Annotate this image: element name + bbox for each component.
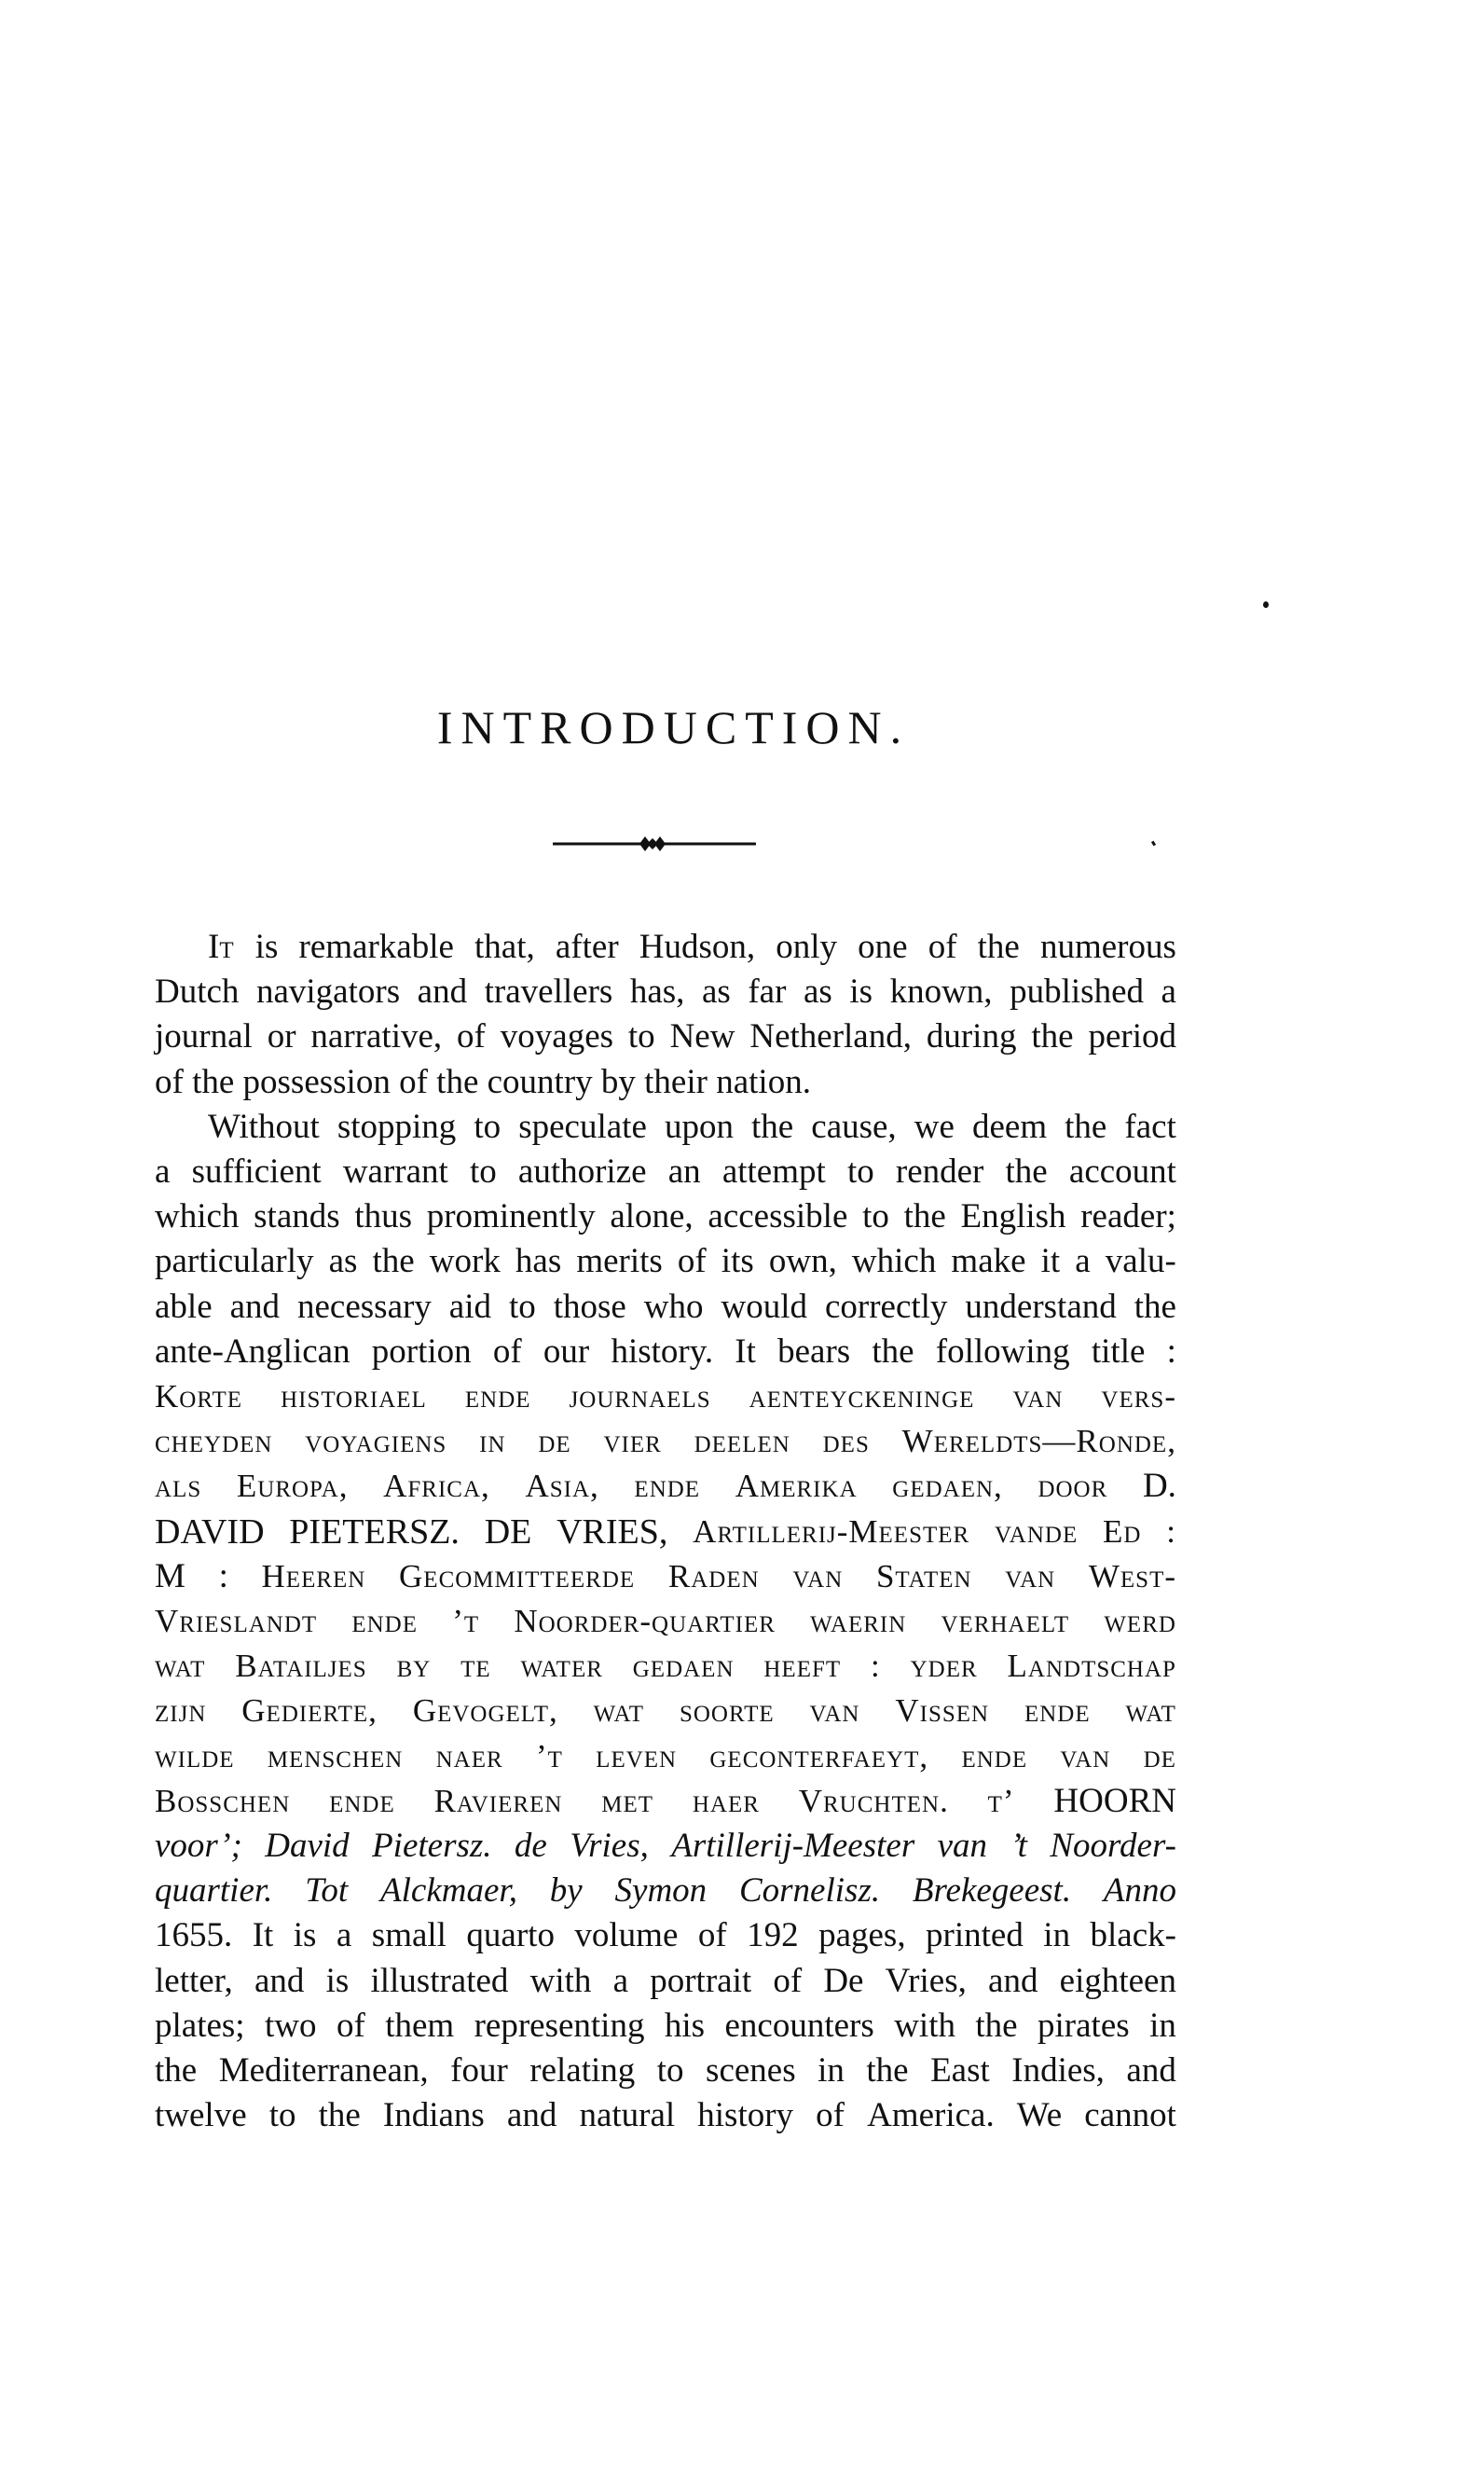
word: : xyxy=(871,1644,881,1689)
word: Vries, xyxy=(886,1959,967,2004)
word: illustrated xyxy=(370,1959,508,2004)
word: wat xyxy=(155,1644,205,1689)
word: te xyxy=(460,1644,491,1689)
word: : xyxy=(1167,1330,1176,1374)
word: de xyxy=(1144,1734,1176,1779)
word: journal xyxy=(155,1014,253,1059)
word: door xyxy=(1037,1464,1107,1509)
word: published xyxy=(1010,970,1144,1014)
word: as xyxy=(702,970,731,1014)
word: America. xyxy=(867,2093,995,2138)
word: stands xyxy=(254,1194,340,1239)
word: by xyxy=(601,1063,636,1101)
word: voyages xyxy=(501,1014,613,1059)
word: geconterfaeyt, xyxy=(709,1734,928,1779)
word: with xyxy=(894,2004,955,2049)
word: is xyxy=(294,1913,317,1958)
word: the xyxy=(155,2049,197,2093)
text-line: of the possession of the country by thei… xyxy=(155,1060,1176,1105)
text-line: Itisremarkablethat,afterHudson,onlyoneof… xyxy=(208,925,1176,970)
word: scenes xyxy=(706,2049,796,2093)
word: small xyxy=(372,1913,447,1958)
word: in xyxy=(1043,1913,1070,1958)
word: Artillerij-Meester xyxy=(693,1510,969,1555)
word: plates; xyxy=(155,2004,245,2049)
word: ende xyxy=(465,1374,531,1419)
word: de xyxy=(538,1419,570,1464)
text-line: BosschenendeRavierenmethaerVruchten.t’HO… xyxy=(155,1779,1176,1824)
word: only xyxy=(776,925,837,970)
word: aenteyckeninge xyxy=(749,1374,975,1419)
word: is xyxy=(255,925,279,970)
text-line: whichstandsthusprominentlyalone,accessib… xyxy=(155,1194,1176,1239)
word: cannot xyxy=(1084,2093,1176,2138)
word: : xyxy=(1166,1510,1176,1555)
word: Africa, xyxy=(383,1464,490,1509)
word: van xyxy=(938,1824,987,1869)
word: make xyxy=(951,1239,1025,1284)
word: Landtschap xyxy=(1008,1644,1176,1689)
word: van xyxy=(1005,1554,1055,1599)
word: Batailjes xyxy=(235,1644,366,1689)
word: English xyxy=(960,1194,1065,1239)
text-line: zijnGedierte,Gevogelt,watsoortevanVissen… xyxy=(155,1689,1176,1733)
word: Vruchten. xyxy=(799,1779,949,1824)
word: VRIES, xyxy=(556,1510,667,1555)
word: of xyxy=(457,1014,486,1059)
word: Noorder-quartier xyxy=(514,1599,776,1644)
word: a xyxy=(1161,970,1176,1014)
word: the xyxy=(975,2004,1017,2049)
word: 1655. xyxy=(155,1913,232,1958)
text-line: wildemenschennaer’tlevengeconterfaeyt,en… xyxy=(155,1734,1176,1779)
text-line: 1655.Itisasmallquartovolumeof192pages,pr… xyxy=(155,1913,1176,1958)
word: bears xyxy=(777,1330,850,1374)
word: and xyxy=(230,1285,280,1330)
word: nation. xyxy=(716,1063,811,1101)
text-line: asufficientwarranttoauthorizeanattemptto… xyxy=(155,1150,1176,1194)
word: history. xyxy=(611,1330,713,1374)
word: of xyxy=(773,1959,802,2004)
word: of xyxy=(698,1913,727,1958)
word: who xyxy=(644,1285,704,1330)
word: voor’; xyxy=(155,1824,242,1869)
word: historiael xyxy=(281,1374,427,1419)
word: valu- xyxy=(1106,1239,1176,1284)
word: encounters xyxy=(725,2004,874,2049)
word: would xyxy=(721,1285,807,1330)
word: or xyxy=(268,1014,296,1059)
text-line: letter,andisillustratedwithaportraitofDe… xyxy=(155,1959,1176,2004)
word: deem xyxy=(972,1105,1047,1150)
word: the xyxy=(872,1330,914,1374)
word: printed xyxy=(926,1913,1024,1958)
word: t’ xyxy=(988,1779,1015,1824)
word: soorte xyxy=(680,1689,775,1733)
word: the xyxy=(978,925,1020,970)
word: and xyxy=(988,1959,1037,2004)
word: the xyxy=(1031,1014,1073,1059)
word: which xyxy=(155,1194,239,1239)
word: the xyxy=(904,1194,946,1239)
word: them xyxy=(385,2004,454,2049)
word: in xyxy=(479,1419,505,1464)
word: Ed xyxy=(1103,1510,1141,1555)
word: Without xyxy=(208,1105,320,1150)
word: Bosschen xyxy=(155,1779,290,1824)
word: gedaen, xyxy=(892,1464,1003,1509)
word: Dutch xyxy=(155,970,239,1014)
word: it xyxy=(1041,1239,1061,1284)
word: van xyxy=(792,1554,843,1599)
word: merits xyxy=(576,1239,662,1284)
word: has, xyxy=(630,970,685,1014)
word: own, xyxy=(769,1239,837,1284)
text-line: watBatailjesbytewatergedaenheeft:yderLan… xyxy=(155,1644,1176,1689)
word: to xyxy=(862,1194,889,1239)
word: the xyxy=(866,2049,908,2093)
word: quarto xyxy=(466,1913,555,1958)
word: their xyxy=(644,1063,708,1101)
word: van xyxy=(810,1689,860,1733)
text-line: cheydenvoyagiensindevierdeelendesWereldt… xyxy=(155,1419,1176,1464)
word: letter, xyxy=(155,1959,233,2004)
word: particularly xyxy=(155,1239,314,1284)
word: of xyxy=(816,2093,845,2138)
word: Korte xyxy=(155,1374,242,1419)
word: twelve xyxy=(155,2093,247,2138)
word: the xyxy=(192,1063,234,1101)
text-line: Kortehistoriaelendejournaelsaenteyckenin… xyxy=(155,1374,1176,1419)
word: travellers xyxy=(485,970,613,1014)
word: pages, xyxy=(818,1913,906,1958)
word: navigators xyxy=(256,970,400,1014)
word: the xyxy=(436,1063,478,1101)
word: des xyxy=(823,1419,870,1464)
word: to xyxy=(628,1014,655,1059)
word: narrative, xyxy=(310,1014,442,1059)
word: vande xyxy=(995,1510,1078,1555)
word: DAVID xyxy=(155,1510,265,1555)
word: a xyxy=(1075,1239,1090,1284)
word: numerous xyxy=(1040,925,1176,970)
word: pirates xyxy=(1037,2004,1130,2049)
word: East xyxy=(930,2049,990,2093)
word: to xyxy=(470,1150,497,1194)
word: necessary xyxy=(297,1285,432,1330)
text-line: ableandnecessaryaidtothosewhowouldcorrec… xyxy=(155,1285,1176,1330)
text-line: M:HeerenGecommitteerdeRadenvanStatenvanW… xyxy=(155,1554,1176,1599)
word: and xyxy=(507,2093,556,2138)
word: a xyxy=(613,1959,628,2004)
word: with xyxy=(530,1959,592,2004)
word: known, xyxy=(890,970,993,1014)
word: a xyxy=(337,1913,351,1958)
word: werd xyxy=(1104,1599,1176,1644)
word: zijn xyxy=(155,1689,206,1733)
word: Heeren xyxy=(262,1554,366,1599)
word: of xyxy=(678,1239,707,1284)
word: as xyxy=(329,1239,358,1284)
word: alone, xyxy=(610,1194,693,1239)
printing-speck xyxy=(1263,601,1269,608)
word: cause, xyxy=(811,1105,896,1150)
word: and xyxy=(254,1959,304,2004)
word: vier xyxy=(603,1419,661,1464)
word: ende xyxy=(961,1734,1027,1779)
word: work xyxy=(430,1239,501,1284)
page-title: INTRODUCTION. xyxy=(0,701,1347,753)
word: in xyxy=(818,2049,845,2093)
word: HOORN xyxy=(1053,1779,1176,1824)
word: De xyxy=(823,1959,863,2004)
word: van xyxy=(1012,1374,1063,1419)
word: sufficient xyxy=(192,1150,322,1194)
word: wat xyxy=(594,1689,644,1733)
word: two xyxy=(265,2004,317,2049)
word: deelen xyxy=(694,1419,790,1464)
word: the xyxy=(319,2093,361,2138)
word: attempt xyxy=(722,1150,826,1194)
word: Indies, xyxy=(1011,2049,1105,2093)
word: of xyxy=(928,925,957,970)
word: met xyxy=(601,1779,653,1824)
text-line: theMediterranean,fourrelatingtoscenesint… xyxy=(155,2049,1176,2093)
word: Vrieslandt xyxy=(155,1599,317,1644)
text-line: alsEuropa,Africa,Asia,endeAmerikagedaen,… xyxy=(155,1464,1176,1509)
word: Pietersz. xyxy=(372,1824,491,1869)
text-line: particularlyastheworkhasmeritsofitsown,w… xyxy=(155,1239,1176,1284)
text-line: Dutchnavigatorsandtravellershas,asfarasi… xyxy=(155,970,1176,1014)
word: ’t xyxy=(536,1734,563,1779)
word: account xyxy=(1069,1150,1176,1194)
word: portrait xyxy=(650,1959,751,2004)
word: stopping xyxy=(337,1105,456,1150)
word: water xyxy=(521,1644,603,1689)
word: David xyxy=(265,1824,349,1869)
word: naer xyxy=(436,1734,503,1779)
word: the xyxy=(1065,1105,1106,1150)
printing-speck xyxy=(1151,841,1156,847)
word: Gedierte, xyxy=(241,1689,378,1733)
text-line: voor’;DavidPietersz.deVries,Artillerij-M… xyxy=(155,1824,1176,1869)
word: as xyxy=(804,970,832,1014)
word: relating xyxy=(529,2049,635,2093)
word: Asia, xyxy=(525,1464,598,1509)
word: to xyxy=(509,1285,536,1330)
word: the xyxy=(751,1105,793,1150)
word: It xyxy=(735,1330,756,1374)
word: : xyxy=(219,1554,228,1599)
word: als xyxy=(155,1464,201,1509)
word: vers- xyxy=(1101,1374,1176,1419)
text-line: journalornarrative,ofvoyagestoNewNetherl… xyxy=(155,1014,1176,1059)
word: of xyxy=(399,1063,428,1101)
word: eighteen xyxy=(1060,1959,1176,2004)
word: gedaen xyxy=(633,1644,735,1689)
word: understand xyxy=(965,1285,1116,1330)
word: waerin xyxy=(810,1599,906,1644)
word: to xyxy=(847,1150,874,1194)
word: Cornelisz. xyxy=(739,1869,880,1913)
word: is xyxy=(326,1959,350,2004)
word: history xyxy=(697,2093,793,2138)
word: able xyxy=(155,1285,213,1330)
word: prominently xyxy=(427,1194,596,1239)
word: possession xyxy=(243,1063,391,1101)
word: by xyxy=(550,1869,583,1913)
word: ende xyxy=(329,1779,395,1824)
word: fact xyxy=(1124,1105,1175,1150)
word: after xyxy=(556,925,619,970)
word: wilde xyxy=(155,1734,235,1779)
word: Hudson, xyxy=(639,925,755,970)
word: of xyxy=(337,2004,365,2049)
word: M xyxy=(155,1554,185,1599)
word: one xyxy=(858,925,907,970)
word: and xyxy=(1126,2049,1175,2093)
word: DE xyxy=(485,1510,532,1555)
word: heeft xyxy=(763,1644,841,1689)
word: We xyxy=(1017,2093,1062,2138)
word: It xyxy=(208,925,235,970)
word: ende xyxy=(1024,1689,1091,1733)
word: quartier. xyxy=(155,1869,272,1913)
word: to xyxy=(474,1105,501,1150)
word: de xyxy=(515,1824,547,1869)
text-line: Withoutstoppingtospeculateuponthecause,w… xyxy=(208,1105,1176,1150)
word: PIETERSZ. xyxy=(289,1510,460,1555)
word: of xyxy=(155,1063,184,1101)
word: of xyxy=(493,1330,522,1374)
word: Netherland, xyxy=(749,1014,912,1059)
word: Brekegeest. xyxy=(913,1869,1071,1913)
word: black- xyxy=(1091,1913,1176,1958)
word: in xyxy=(1149,2004,1176,2049)
word: render xyxy=(896,1150,984,1194)
word: Europa, xyxy=(237,1464,349,1509)
word: Symon xyxy=(615,1869,708,1913)
word: Artillerij-Meester xyxy=(671,1824,914,1869)
text-line: twelvetotheIndiansandnaturalhistoryofAme… xyxy=(155,2093,1176,2138)
word: Anno xyxy=(1104,1869,1176,1913)
word: natural xyxy=(579,2093,675,2138)
word: New xyxy=(670,1014,735,1059)
word: D. xyxy=(1143,1464,1176,1509)
word: his xyxy=(665,2004,705,2049)
text-line: DAVIDPIETERSZ.DEVRIES,Artillerij-Meester… xyxy=(155,1510,1176,1554)
word: Wereldts—Ronde, xyxy=(902,1419,1176,1464)
word: has xyxy=(515,1239,561,1284)
word: period xyxy=(1088,1014,1176,1059)
word: ante-Anglican xyxy=(155,1330,350,1374)
word: verhaelt xyxy=(941,1599,1070,1644)
word: and xyxy=(418,970,467,1014)
word: the xyxy=(1134,1285,1176,1330)
ornamental-rule-icon xyxy=(553,835,756,852)
word: we xyxy=(914,1105,955,1150)
word: portion xyxy=(372,1330,472,1374)
word: cheyden xyxy=(155,1419,272,1464)
word: Gevogelt, xyxy=(413,1689,558,1733)
word: correctly xyxy=(825,1285,947,1330)
word: warrant xyxy=(343,1150,448,1194)
text-line: ante-Anglicanportionofourhistory.Itbears… xyxy=(155,1330,1176,1374)
word: ’t xyxy=(1010,1824,1027,1869)
word: volume xyxy=(574,1913,678,1958)
word: which xyxy=(852,1239,936,1284)
word: yder xyxy=(911,1644,978,1689)
word: the xyxy=(373,1239,415,1284)
word: remarkable xyxy=(299,925,454,970)
word: haer xyxy=(693,1779,760,1824)
word: its xyxy=(721,1239,754,1284)
text-line: Vrieslandtende’tNoorder-quartierwaerinve… xyxy=(155,1599,1176,1644)
word: aid xyxy=(449,1285,491,1330)
word: ende xyxy=(351,1599,418,1644)
word: title xyxy=(1092,1330,1146,1374)
word: wat xyxy=(1126,1689,1176,1733)
word: our xyxy=(543,1330,589,1374)
word: Amerika xyxy=(735,1464,858,1509)
word: speculate xyxy=(518,1105,647,1150)
word: ’t xyxy=(452,1599,479,1644)
word: four xyxy=(450,2049,508,2093)
word: ende xyxy=(634,1464,700,1509)
word: country xyxy=(488,1063,593,1101)
word: It xyxy=(253,1913,274,1958)
word: Vissen xyxy=(895,1689,989,1733)
word: thus xyxy=(354,1194,412,1239)
word: Gecommitteerde xyxy=(399,1554,635,1599)
word: those xyxy=(554,1285,626,1330)
word: upon xyxy=(665,1105,734,1150)
word: menschen xyxy=(268,1734,404,1779)
word: accessible xyxy=(708,1194,847,1239)
word: Vries, xyxy=(570,1824,649,1869)
word: representing xyxy=(474,2004,645,2049)
word: Noorder- xyxy=(1050,1824,1176,1869)
word: Ravieren xyxy=(434,1779,563,1824)
word: 192 xyxy=(747,1913,799,1958)
word: to xyxy=(269,2093,296,2138)
word: Raden xyxy=(668,1554,760,1599)
word: leven xyxy=(596,1734,677,1779)
word: that, xyxy=(474,925,535,970)
word: an xyxy=(668,1150,701,1194)
word: authorize xyxy=(518,1150,647,1194)
word: a xyxy=(155,1150,170,1194)
word: reader; xyxy=(1080,1194,1176,1239)
word: van xyxy=(1060,1734,1110,1779)
word: Alckmaer, xyxy=(380,1869,517,1913)
word: by xyxy=(397,1644,432,1689)
text-line: quartier.TotAlckmaer,bySymonCornelisz.Br… xyxy=(155,1869,1176,1913)
word: following xyxy=(936,1330,1070,1374)
word: Tot xyxy=(305,1869,348,1913)
word: Mediterranean, xyxy=(219,2049,429,2093)
text-line: plates;twoofthemrepresentinghisencounter… xyxy=(155,2004,1176,2049)
book-page: INTRODUCTION. Itisremarkablethat,afterHu… xyxy=(0,0,1484,2484)
word: Indians xyxy=(383,2093,485,2138)
word: Staten xyxy=(876,1554,972,1599)
word: to xyxy=(657,2049,684,2093)
word: is xyxy=(849,970,873,1014)
word: the xyxy=(1006,1150,1048,1194)
word: during xyxy=(927,1014,1017,1059)
word: West- xyxy=(1089,1554,1176,1599)
word: journaels xyxy=(570,1374,711,1419)
